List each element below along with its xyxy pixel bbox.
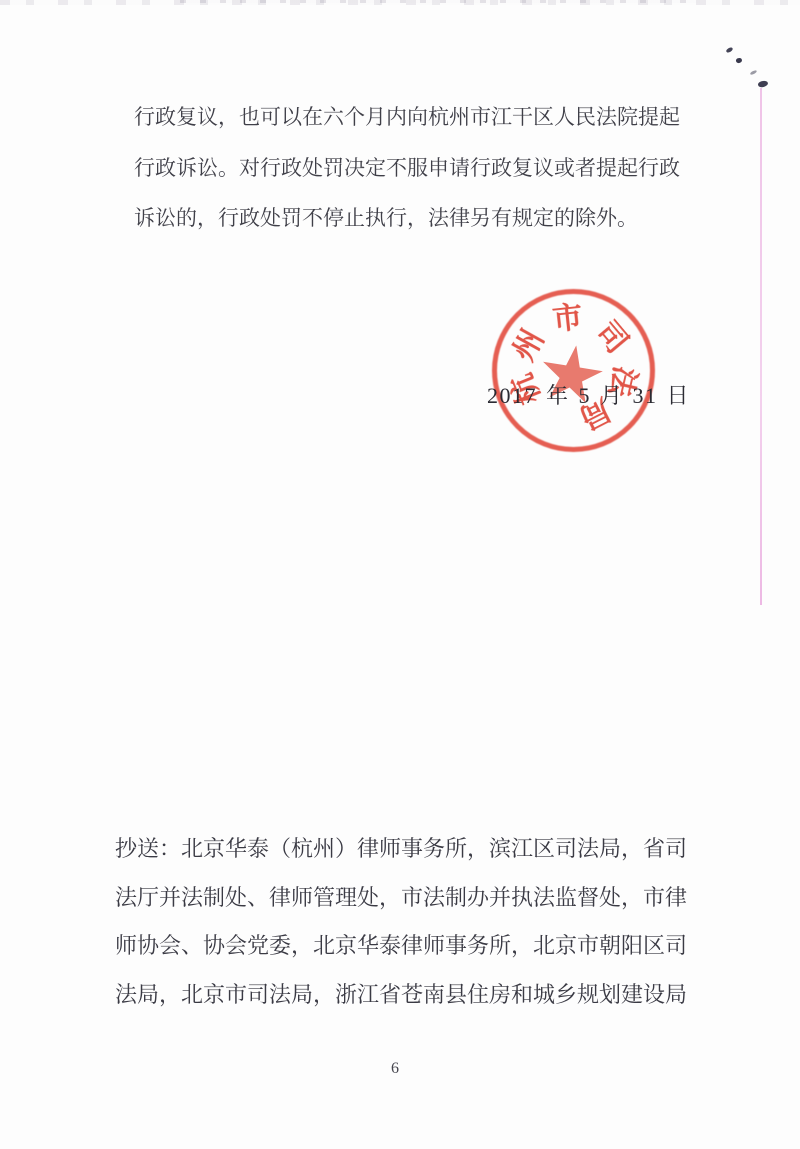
cc-paragraph: 抄送：北京华泰（杭州）律师事务所，滨江区司法局，省司 法厅并法制处、律师管理处，… bbox=[115, 825, 700, 1019]
document-page: 行政复议，也可以在六个月内向杭州市江干区人民法院提起 行政诉讼。对行政处罚决定不… bbox=[0, 0, 800, 1149]
body-line: 行政复议，也可以在六个月内向杭州市江干区人民法院提起 bbox=[134, 92, 699, 143]
page-number: 6 bbox=[0, 1060, 790, 1078]
body-line: 行政诉讼。对行政处罚决定不服申请行政复议或者提起行政 bbox=[134, 143, 699, 194]
cc-line: 法厅并法制处、律师管理处，市法制办并执法监督处，市律 bbox=[115, 874, 700, 923]
ink-mark bbox=[725, 46, 733, 53]
seal-char: 市 bbox=[550, 292, 584, 339]
scan-noise-artifact bbox=[180, 0, 700, 3]
body-line: 诉讼的，行政处罚不停止执行，法律另有规定的除外。 bbox=[134, 193, 699, 244]
cc-line: 师协会、协会党委，北京华泰律师事务所，北京市朝阳区司 bbox=[115, 922, 700, 971]
ink-mark bbox=[757, 80, 768, 88]
ink-mark bbox=[735, 57, 742, 64]
ink-mark bbox=[750, 70, 758, 76]
cc-line: 法局，北京市司法局，浙江省苍南县住房和城乡规划建设局 bbox=[115, 971, 700, 1020]
official-seal: 杭 州 市 司 法 局 bbox=[492, 289, 655, 452]
cc-line: 抄送：北京华泰（杭州）律师事务所，滨江区司法局，省司 bbox=[115, 825, 700, 874]
body-paragraph: 行政复议，也可以在六个月内向杭州市江干区人民法院提起 行政诉讼。对行政处罚决定不… bbox=[134, 92, 699, 244]
scan-line-artifact bbox=[760, 88, 762, 605]
decision-date: 2017 年 5 月 31 日 bbox=[487, 379, 690, 410]
